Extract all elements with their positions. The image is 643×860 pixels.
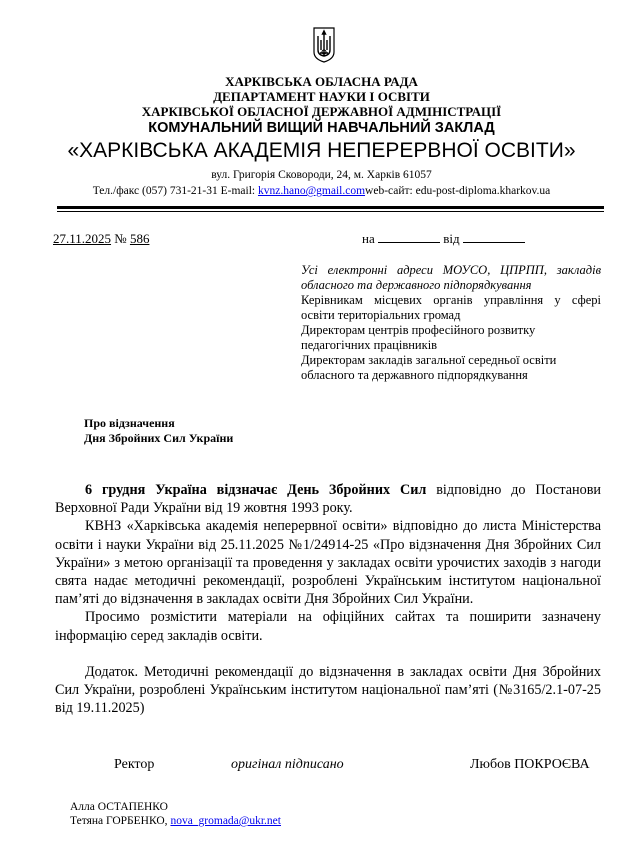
signatory-title: Ректор	[114, 757, 154, 773]
letterhead-administration: ХАРКІВСЬКОЇ ОБЛАСНОЇ ДЕРЖАВНОЇ АДМІНІСТР…	[0, 104, 643, 120]
paragraph-2: КВНЗ «Харківська академія неперервної ос…	[55, 517, 601, 608]
contacts-website: web-сайт: edu-post-diploma.kharkov.ua	[365, 185, 550, 197]
contacts-phone: Тел./факс (057) 731-21-31 E-mail:	[93, 185, 258, 197]
paragraph-1: 6 грудня Україна відзначає День Збройних…	[55, 481, 601, 517]
incoming-date-blank	[463, 231, 525, 243]
addressees-block: Усі електронні адреси МОУСО, ЦПРПП, закл…	[301, 263, 601, 383]
signatory-name: Любов ПОКРОЄВА	[470, 757, 590, 773]
letterhead-address: вул. Григорія Сковороди, 24, м. Харків 6…	[0, 169, 643, 181]
letterhead-department: ДЕПАРТАМЕНТ НАУКИ І ОСВІТИ	[0, 89, 643, 105]
paragraph-attachment: Додаток. Методичні рекомендації до відзн…	[55, 663, 601, 718]
document-page: ХАРКІВСЬКА ОБЛАСНА РАДА ДЕПАРТАМЕНТ НАУК…	[0, 0, 643, 860]
letterhead-divider-thin	[57, 211, 604, 212]
letterhead-contacts: Тел./факс (057) 731-21-31 E-mail: kvnz.h…	[0, 185, 643, 197]
executors-block: Алла ОСТАПЕНКО Тетяна ГОРБЕНКО, nova_gro…	[70, 800, 281, 828]
letterhead-council: ХАРКІВСЬКА ОБЛАСНА РАДА	[0, 74, 643, 90]
institution-email-link[interactable]: kvnz.hano@gmail.com	[258, 185, 365, 197]
letter-body: 6 грудня Україна відзначає День Збройних…	[55, 481, 601, 717]
incoming-number-blank	[378, 231, 440, 243]
document-number: 586	[130, 231, 150, 246]
paragraph-3: Просимо розмістити матеріали на офіційни…	[55, 608, 601, 644]
document-date: 27.11.2025	[53, 231, 111, 246]
outgoing-reference: 27.11.2025 № 586	[53, 231, 149, 247]
incoming-reference: на від	[362, 231, 525, 247]
executor-email-link[interactable]: nova_gromada@ukr.net	[170, 815, 281, 827]
letter-subject: Про відзначення Дня Збройних Сил України	[84, 416, 233, 446]
letterhead-institution-name: «ХАРКІВСЬКА АКАДЕМІЯ НЕПЕРЕРВНОЇ ОСВІТИ»	[0, 139, 643, 163]
letterhead-divider-thick	[57, 206, 604, 209]
letterhead-institution-type: КОМУНАЛЬНИЙ ВИЩИЙ НАВЧАЛЬНИЙ ЗАКЛАД	[0, 120, 643, 136]
tryzub-coat-of-arms-icon	[312, 26, 336, 64]
signature-note: оригінал підписано	[231, 757, 344, 773]
